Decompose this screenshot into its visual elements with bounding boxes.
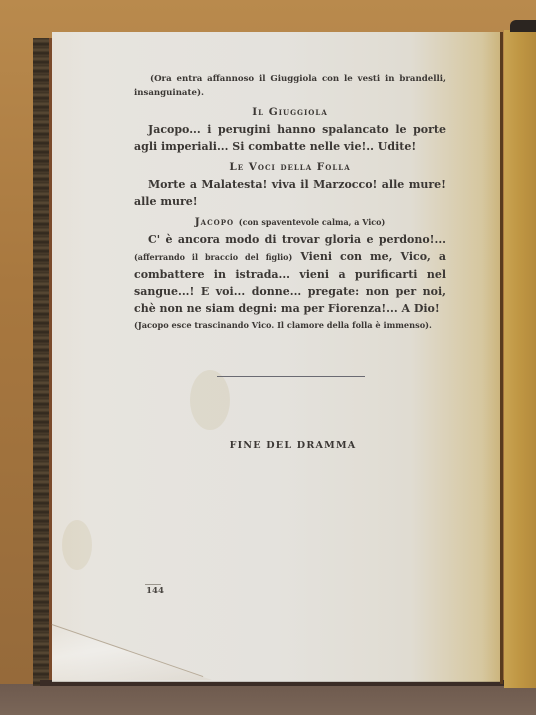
speaker-direction: (con spaventevole calma, a Vico): [239, 217, 386, 227]
ending-title: FINE DEL DRAMMA: [140, 440, 446, 451]
speech: C' è ancora modo di trovar gloria e perd…: [134, 231, 446, 317]
speaker-name: Jacopo (con spaventevole calma, a Vico): [134, 216, 446, 228]
speaker-name: Il Giuggiola: [134, 106, 446, 118]
book-cover-left-edge: [33, 38, 52, 686]
inline-stage-direction: (afferrando il braccio del figlio): [134, 252, 292, 262]
page-number: 144: [140, 586, 170, 596]
book-cover-right-corner: [510, 20, 536, 32]
facing-page-edge: [504, 30, 536, 688]
speech: Jacopo... i perugini hanno spalancato le…: [134, 121, 446, 155]
paper-stain: [190, 370, 230, 430]
speech: Morte a Malatesta! viva il Marzocco! all…: [134, 176, 446, 210]
page-number-rule: [145, 584, 161, 585]
speaker-name: Le Voci della Folla: [134, 161, 446, 173]
speaker-label: Le Voci della Folla: [229, 161, 350, 173]
page-text: (Ora entra affannoso il Giuggiola con le…: [134, 72, 446, 332]
stage-direction-exit: (Jacopo esce trascinando Vico. Il clamor…: [134, 318, 446, 332]
paper-stain: [62, 520, 92, 570]
table-surface: [0, 684, 536, 715]
book-gutter: [500, 32, 503, 684]
photo-scene: (Ora entra affannoso il Giuggiola con le…: [0, 0, 536, 715]
speaker-label: Jacopo: [195, 216, 234, 228]
section-divider: [217, 376, 365, 377]
speech-part: C' è ancora modo di trovar gloria e perd…: [148, 233, 446, 246]
stage-direction-entry: (Ora entra affannoso il Giuggiola con le…: [134, 72, 446, 100]
speaker-label: Il Giuggiola: [252, 106, 328, 118]
